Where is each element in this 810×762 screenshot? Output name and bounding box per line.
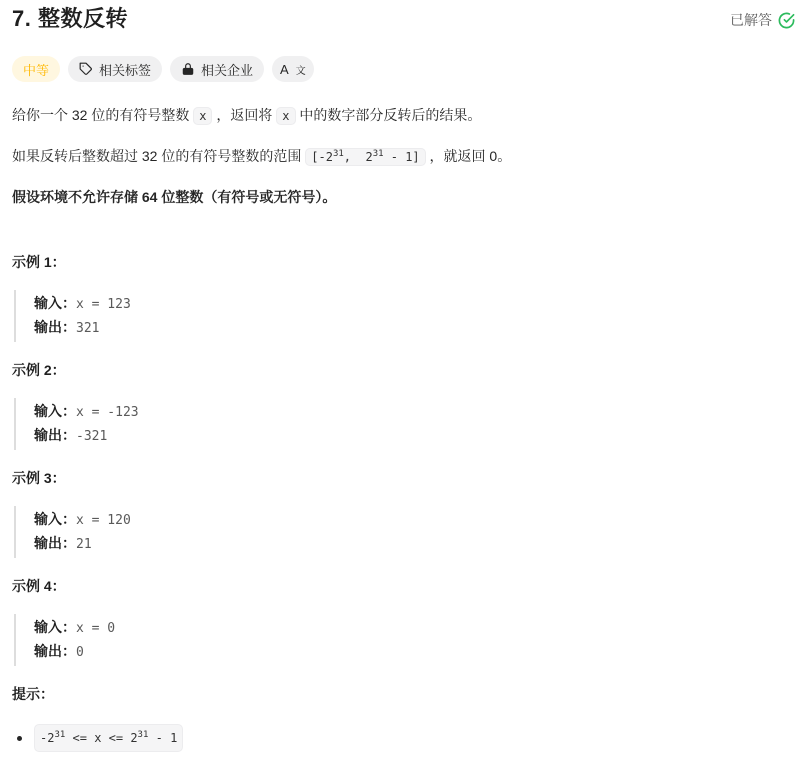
output-label: 输出： — [34, 643, 76, 659]
example-output-line: 输出：-321 — [34, 424, 795, 448]
input-label: 输入： — [34, 511, 76, 527]
related-companies-label: 相关企业 — [201, 60, 253, 79]
description-paragraph-3: 假设环境不允许存储 64 位整数（有符号或无符号）。 — [12, 186, 795, 208]
problem-title: 7. 整数反转 — [12, 5, 128, 33]
solved-status-label: 已解答 — [730, 10, 772, 30]
superscript: 31 — [333, 149, 344, 159]
example-input-line: 输入：x = 120 — [34, 508, 795, 532]
text: - 1 — [148, 731, 177, 745]
example-output-line: 输出：321 — [34, 316, 795, 340]
text: <= x <= 2 — [65, 731, 137, 745]
inline-code-x: x — [276, 107, 295, 125]
related-tags-label: 相关标签 — [99, 60, 151, 79]
text: - 1] — [384, 150, 420, 164]
inline-code-range: [-231, 231 - 1] — [305, 148, 425, 166]
description-paragraph-2: 如果反转后整数超过 32 位的有符号整数的范围 [-231, 231 - 1] … — [12, 145, 795, 168]
superscript: 31 — [138, 730, 149, 740]
text: , 2 — [344, 150, 373, 164]
input-value: x = -123 — [76, 405, 139, 420]
output-label: 输出： — [34, 535, 76, 551]
example-2-heading: 示例 2： — [12, 362, 795, 378]
output-value: 0 — [76, 645, 84, 660]
text: ，返回将 — [212, 107, 276, 123]
example-input-line: 输入：x = -123 — [34, 400, 795, 424]
output-value: -321 — [76, 429, 107, 444]
input-value: x = 123 — [76, 297, 131, 312]
example-input-line: 输入：x = 0 — [34, 616, 795, 640]
input-label: 输入： — [34, 619, 76, 635]
text: ，就返回 0。 — [426, 148, 512, 164]
superscript: 31 — [54, 730, 65, 740]
example-3-heading: 示例 3： — [12, 470, 795, 486]
description-paragraph-1: 给你一个 32 位的有符号整数 x ，返回将 x 中的数字部分反转后的结果。 — [12, 104, 795, 127]
translation-letter: A — [280, 62, 289, 77]
example-4-block: 输入：x = 0 输出：0 — [14, 614, 795, 666]
example-4-heading: 示例 4： — [12, 578, 795, 594]
problem-description: 给你一个 32 位的有符号整数 x ，返回将 x 中的数字部分反转后的结果。 如… — [12, 104, 795, 752]
inline-code-x: x — [193, 107, 212, 125]
related-tags-badge[interactable]: 相关标签 — [68, 56, 162, 82]
translation-toggle-badge[interactable]: A文 — [272, 56, 314, 82]
example-output-line: 输出：0 — [34, 640, 795, 664]
output-value: 21 — [76, 537, 92, 552]
constraint-code: -231 <= x <= 231 - 1 — [34, 724, 183, 752]
output-label: 输出： — [34, 319, 76, 335]
example-1-block: 输入：x = 123 输出：321 — [14, 290, 795, 342]
input-value: x = 120 — [76, 513, 131, 528]
input-label: 输入： — [34, 295, 76, 311]
check-circle-icon — [778, 12, 795, 29]
input-label: 输入： — [34, 403, 76, 419]
hint-item: -231 <= x <= 231 - 1 — [12, 724, 795, 752]
hints-heading: 提示： — [12, 686, 795, 702]
bullet-dot — [17, 736, 22, 741]
input-value: x = 0 — [76, 621, 115, 636]
hint-list: -231 <= x <= 231 - 1 — [12, 724, 795, 752]
lock-icon — [181, 62, 195, 76]
difficulty-badge[interactable]: 中等 — [12, 56, 60, 82]
tag-icon — [79, 62, 93, 76]
translation-cjk: 文 — [296, 62, 306, 77]
output-value: 321 — [76, 321, 99, 336]
badge-row: 中等 相关标签 相关企业 A文 — [12, 56, 795, 82]
related-companies-badge[interactable]: 相关企业 — [170, 56, 264, 82]
text: 中的数字部分反转后的结果。 — [296, 107, 482, 123]
example-2-block: 输入：x = -123 输出：-321 — [14, 398, 795, 450]
example-1-heading: 示例 1： — [12, 254, 795, 270]
solved-status: 已解答 — [730, 10, 795, 30]
example-3-block: 输入：x = 120 输出：21 — [14, 506, 795, 558]
superscript: 31 — [373, 149, 384, 159]
example-input-line: 输入：x = 123 — [34, 292, 795, 316]
example-output-line: 输出：21 — [34, 532, 795, 556]
problem-header: 7. 整数反转 已解答 — [12, 5, 795, 33]
text: 如果反转后整数超过 32 位的有符号整数的范围 — [12, 148, 305, 164]
text: [-2 — [311, 150, 333, 164]
text: 给你一个 32 位的有符号整数 — [12, 107, 193, 123]
output-label: 输出： — [34, 427, 76, 443]
text: -2 — [40, 731, 54, 745]
